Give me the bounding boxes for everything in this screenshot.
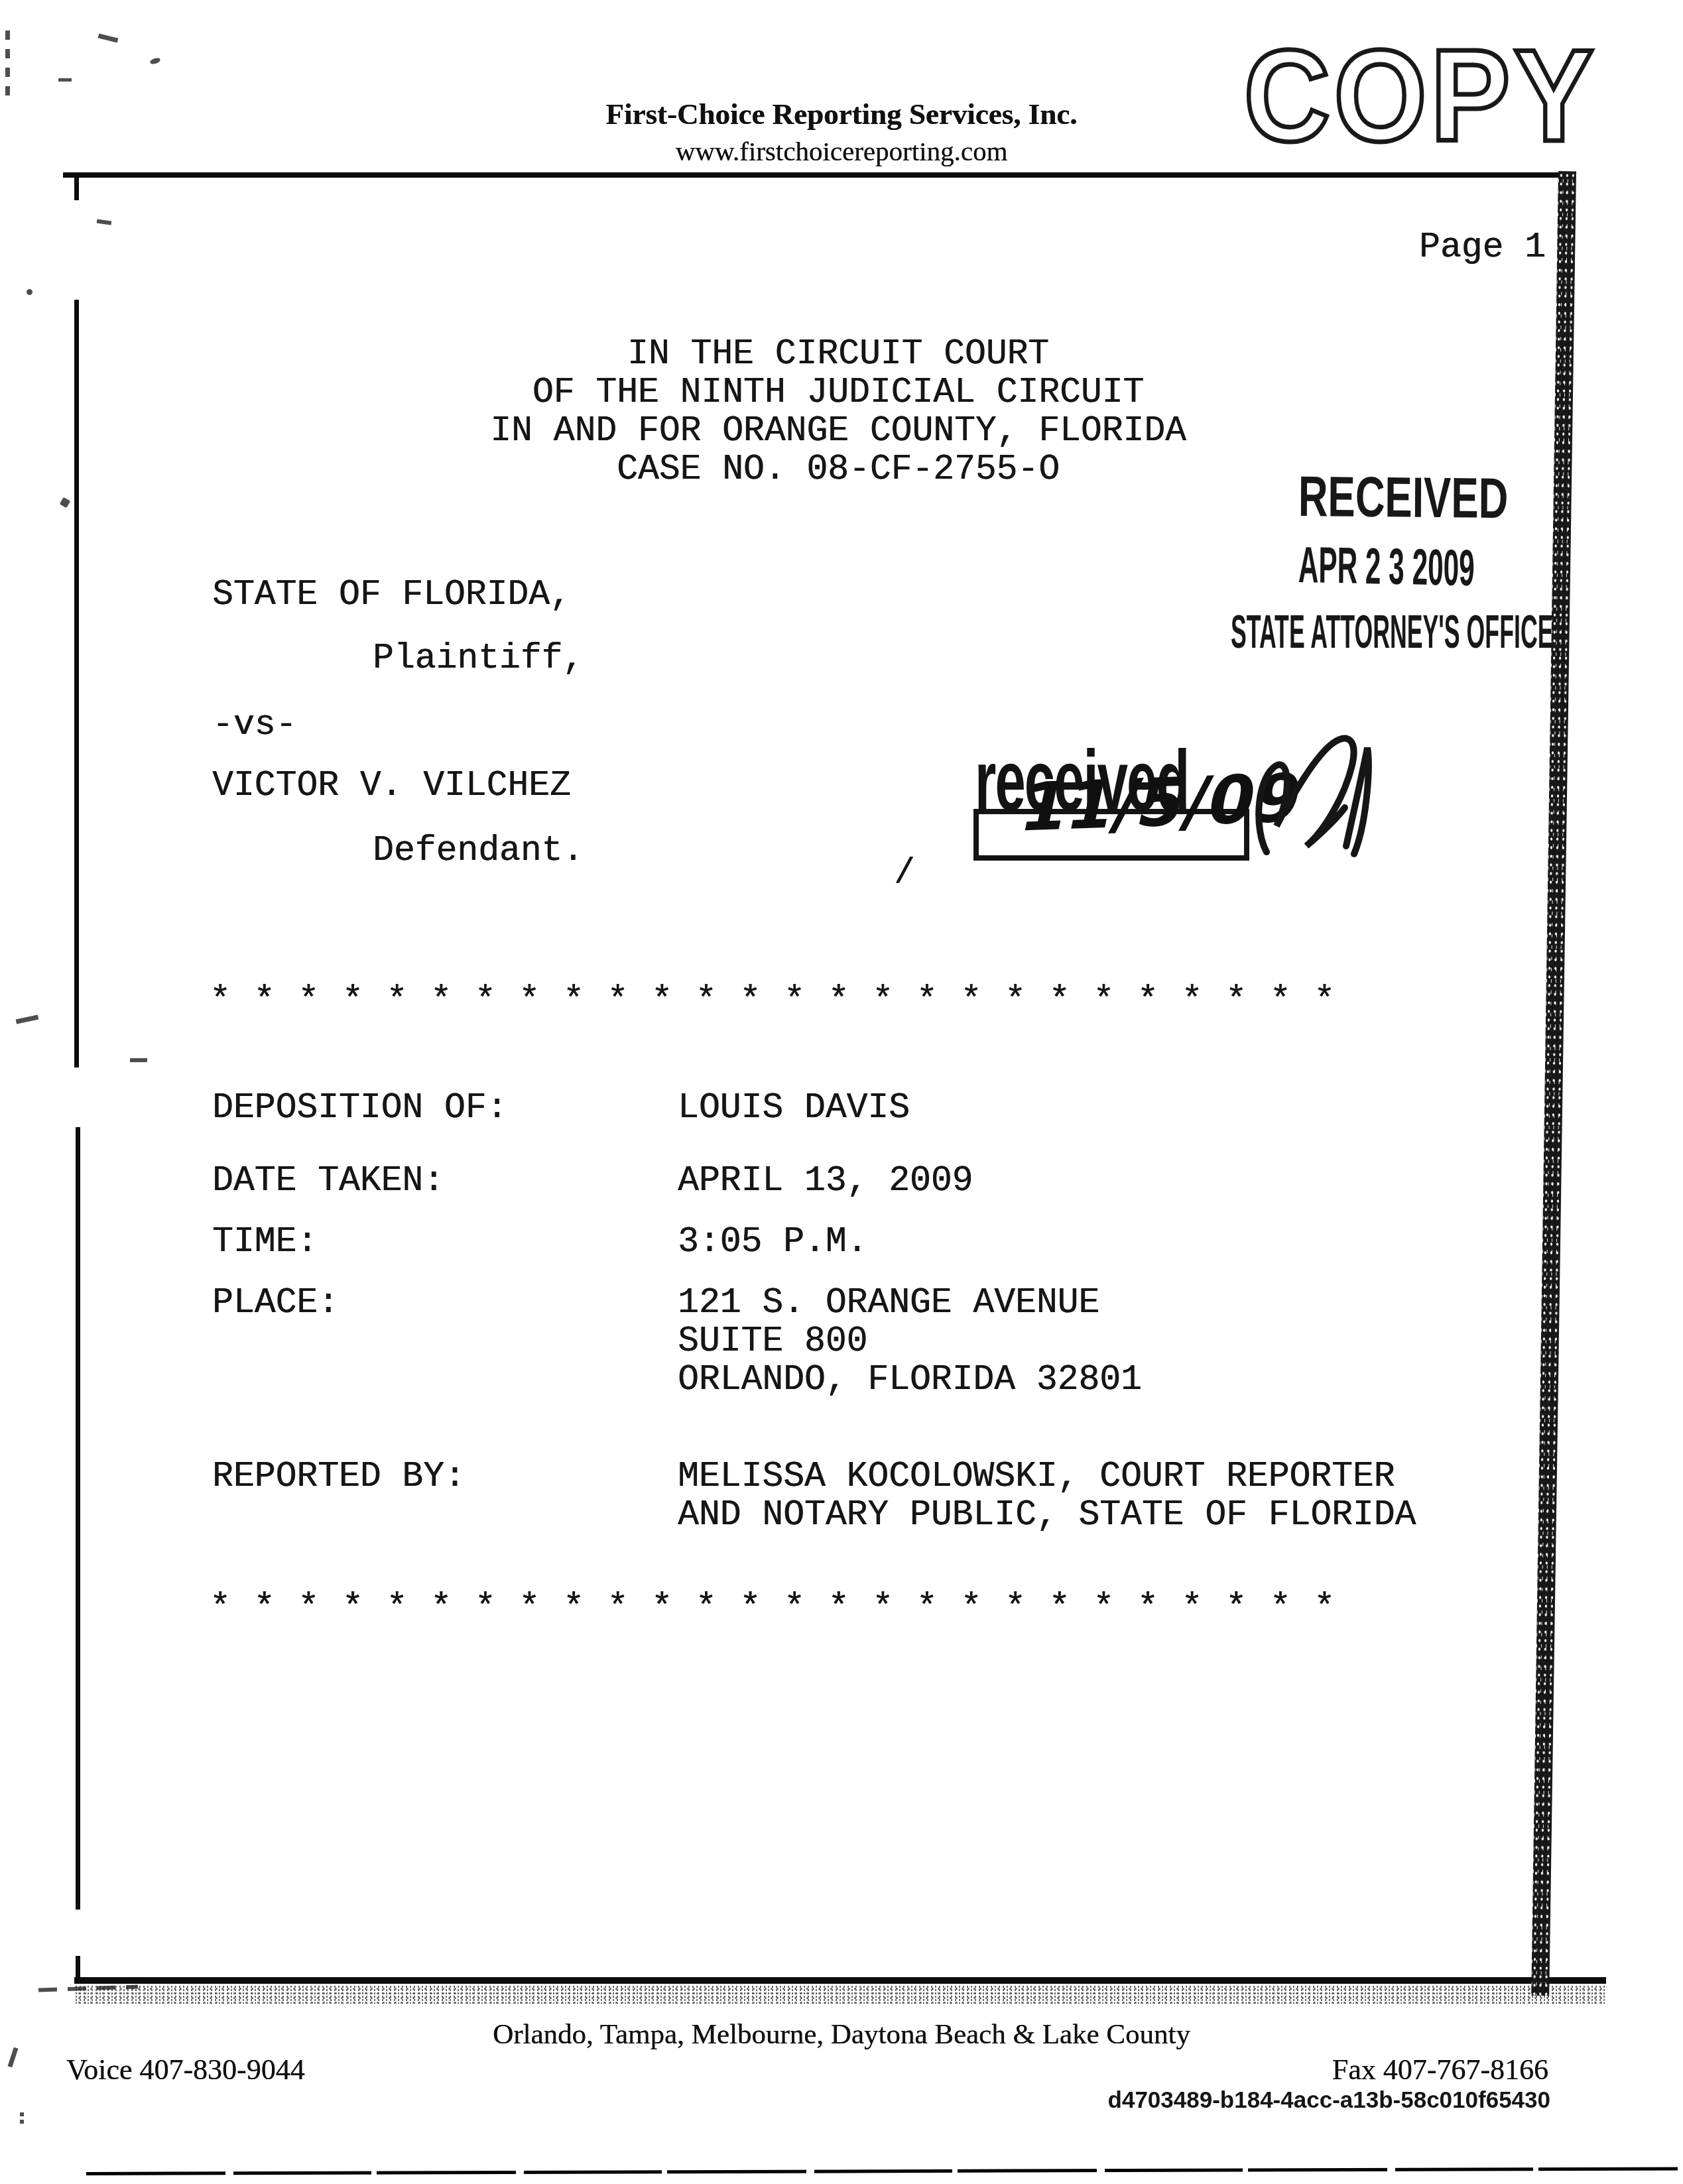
frame-top-border [63,172,1560,178]
copy-stamp-outline-icon: COPY [1241,27,1599,172]
plaintiff-role: Plaintiff, [373,639,584,678]
scan-artifact [149,57,161,66]
versus-label: -vs- [212,705,296,744]
scan-artifact [58,78,72,82]
defendant-name: VICTOR V. VILCHEZ [212,766,571,805]
detail-label-time: TIME: [212,1223,318,1261]
footer-voice-number: Voice 407-830-9044 [66,2053,305,2087]
binding-edge-band [1531,171,1576,1996]
frame-left-border-seg2 [74,300,79,1067]
received-stamp-title: RECEIVED [1298,468,1509,527]
deposition-cover-page: First-Choice Reporting Services, Inc. ww… [0,0,1683,2184]
bottom-scan-artifact [86,2167,1683,2175]
detail-value-reporter: MELISSA KOCOLOWSKI, COURT REPORTER AND N… [678,1457,1416,1534]
defendant-role: Defendant. [373,831,584,870]
detail-value-time: 3:05 P.M. [678,1223,867,1261]
footer-fax-number: Fax 407-767-8166 [1332,2053,1548,2087]
detail-value-deponent: LOUIS DAVIS [678,1089,910,1127]
frame-bottom-border [74,1977,1606,1984]
page-number: Page 1 [1419,228,1546,267]
frame-left-border-seg1 [74,172,79,200]
scan-artifact [5,30,10,103]
asterisk-separator-top: * * * * * * * * * * * * * * * * * * * * … [210,981,1336,1020]
plaintiff-name: STATE OF FLORIDA, [212,576,571,614]
frame-left-border-seg3 [76,1127,80,1910]
court-line-3: IN AND FOR ORANGE COUNTY, FLORIDA [474,412,1202,450]
case-number: CASE NO. 08-CF-2755-O [474,450,1202,489]
place-address-line1: 121 S. ORANGE AVENUE [678,1284,1142,1322]
caption-terminator-slash: / [894,854,915,892]
detail-value-place: 121 S. ORANGE AVENUE SUITE 800 ORLANDO, … [678,1284,1142,1399]
scan-artifact [130,1058,147,1062]
received-stamp-date: APR 2 3 2009 [1298,540,1475,594]
scan-artifact [16,1015,39,1024]
scan-artifact [60,497,70,508]
copy-stamp: COPY [1241,27,1599,176]
copy-stamp-text: COPY [1244,27,1597,168]
scan-artifact [98,33,119,42]
place-address-line3: ORLANDO, FLORIDA 32801 [678,1361,1142,1399]
court-line-2: OF THE NINTH JUDICIAL CIRCUIT [474,373,1202,412]
detail-value-date-taken: APRIL 13, 2009 [678,1162,973,1200]
asterisk-separator-bottom: * * * * * * * * * * * * * * * * * * * * … [210,1589,1336,1627]
detail-label-deposition-of: DEPOSITION OF: [212,1089,507,1127]
footer-locations: Orlando, Tampa, Melbourne, Daytona Beach… [0,2018,1683,2051]
scan-artifact [97,219,112,225]
place-address-line2: SUITE 800 [678,1322,1142,1361]
court-line-1: IN THE CIRCUIT COURT [474,335,1202,373]
signature [1247,729,1379,872]
scan-artifact [20,2112,24,2127]
reporter-line1: MELISSA KOCOLOWSKI, COURT REPORTER [678,1457,1416,1496]
court-caption: IN THE CIRCUIT COURT OF THE NINTH JUDICI… [474,335,1202,489]
signature-scribble-icon [1247,729,1379,869]
scan-artifact [27,289,32,295]
detail-label-date-taken: DATE TAKEN: [212,1162,444,1200]
received-stamp-office: STATE ATTORNEY'S OFFICE [1231,609,1553,655]
reporter-line2: AND NOTARY PUBLIC, STATE OF FLORIDA [678,1496,1416,1534]
frame-bottom-scan-noise [74,1985,1606,2004]
detail-label-reported-by: REPORTED BY: [212,1457,466,1496]
footer-document-id: d4703489-b184-4acc-a13b-58c010f65430 [1108,2087,1550,2114]
detail-label-place: PLACE: [212,1284,339,1322]
